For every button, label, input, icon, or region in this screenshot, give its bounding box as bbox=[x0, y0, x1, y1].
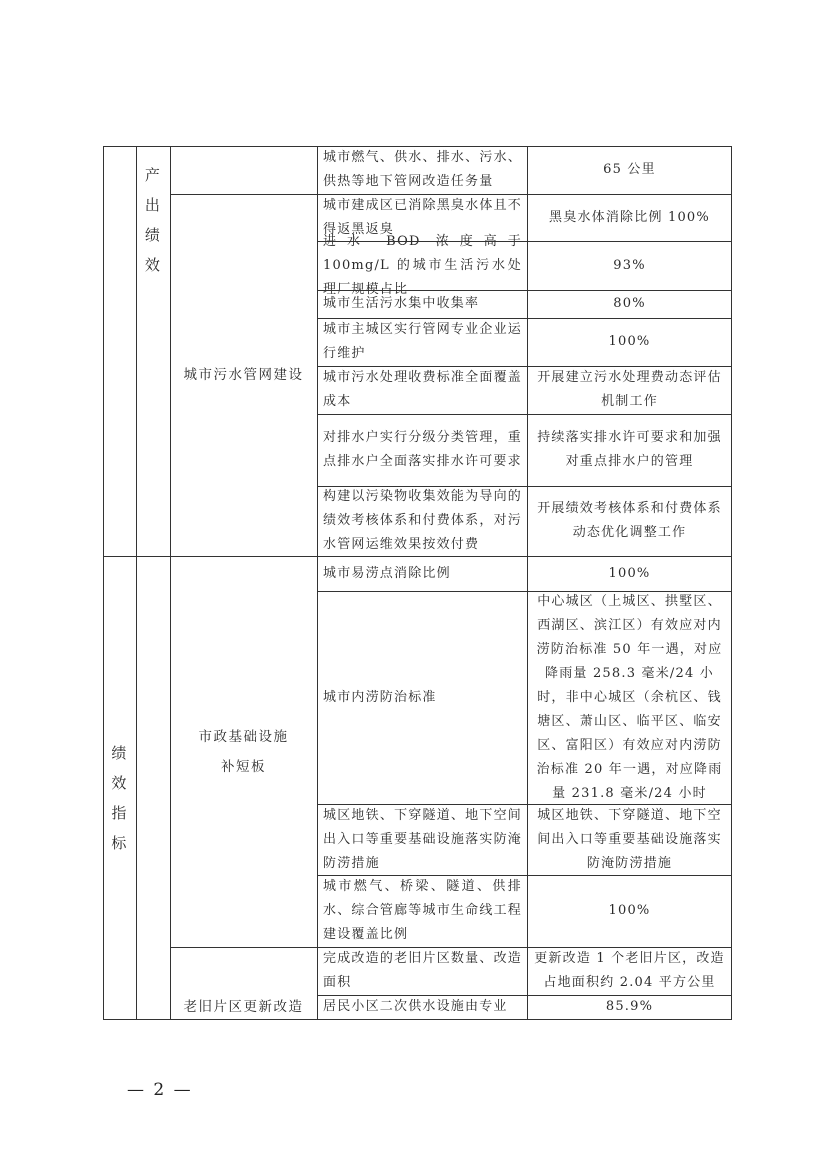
table-row-divider bbox=[170, 947, 732, 948]
value-cell: 更新改造 1 个老旧片区，改造占地面积约 2.04 平方公里 bbox=[527, 947, 732, 995]
table-row-divider bbox=[317, 804, 732, 805]
table-row-divider bbox=[317, 875, 732, 876]
table-section-divider bbox=[103, 556, 732, 557]
section-label-performance-indicator: 绩 效 指 标 bbox=[103, 733, 136, 863]
value-cell: 中心城区（上城区、拱墅区、西湖区、滨江区）有效应对内涝防治标准 50 年一遇，对… bbox=[527, 591, 732, 804]
indicator-cell: 城市易涝点消除比例 bbox=[317, 556, 527, 591]
value-cell: 持续落实排水许可要求和加强对重点排水户的管理 bbox=[527, 414, 732, 486]
value-cell: 85.9% bbox=[527, 995, 732, 1019]
indicator-cell: 对排水户实行分级分类管理，重点排水户全面落实排水许可要求 bbox=[317, 414, 527, 486]
vertical-char: 效 bbox=[145, 250, 161, 280]
value-cell: 100% bbox=[527, 318, 732, 366]
value-cell: 80% bbox=[527, 290, 732, 318]
value-cell: 开展建立污水处理费动态评估机制工作 bbox=[527, 366, 732, 414]
table-border-left bbox=[103, 146, 104, 1019]
value-cell: 93% bbox=[527, 241, 732, 290]
value-cell: 65 公里 bbox=[527, 146, 732, 194]
indicator-cell: 城市生活污水集中收集率 bbox=[317, 290, 527, 318]
indicator-cell: 进水 BOD 浓度高于 100mg/L 的城市生活污水处理厂规模占比 bbox=[317, 241, 527, 290]
indicator-cell: 城区地铁、下穿隧道、地下空间出入口等重要基础设施落实防淹防涝措施 bbox=[317, 804, 527, 875]
value-cell: 100% bbox=[527, 556, 732, 591]
value-cell: 黑臭水体消除比例 100% bbox=[527, 194, 732, 241]
group-label-municipal-infrastructure: 市政基础设施 补短板 bbox=[170, 556, 317, 947]
section-label-output-performance: 产 出 绩 效 bbox=[136, 146, 170, 294]
page-number: — 2 — bbox=[127, 1080, 193, 1100]
table-col-divider bbox=[317, 146, 318, 1019]
group-label-sewer-network: 城市污水管网建设 bbox=[170, 194, 317, 556]
table-col-divider bbox=[527, 146, 528, 1019]
table-border-right bbox=[731, 146, 732, 1020]
table-row-divider bbox=[317, 241, 732, 242]
vertical-char: 产 bbox=[145, 160, 161, 190]
vertical-char: 标 bbox=[111, 828, 127, 858]
table-row-divider bbox=[317, 995, 732, 996]
indicator-cell: 居民小区二次供水设施由专业 bbox=[317, 995, 527, 1019]
table-col-divider bbox=[170, 146, 171, 1019]
table-col-divider bbox=[136, 146, 137, 1019]
table-row-divider bbox=[317, 414, 732, 415]
document-page: 产 出 绩 效 绩 效 指 标 城市污水管网建设 市政基础设施 补短板 老旧片区… bbox=[0, 0, 826, 1169]
value-cell: 城区地铁、下穿隧道、地下空间出入口等重要基础设施落实防淹防涝措施 bbox=[527, 804, 732, 875]
group-label-old-area-renewal: 老旧片区更新改造 bbox=[170, 995, 317, 1019]
indicator-cell: 城市污水处理收费标准全面覆盖成本 bbox=[317, 366, 527, 414]
vertical-char: 绩 bbox=[111, 738, 127, 768]
indicator-cell: 城市内涝防治标准 bbox=[317, 591, 527, 804]
indicator-cell: 城市燃气、桥梁、隧道、供排水、综合管廊等城市生命线工程建设覆盖比例 bbox=[317, 875, 527, 947]
indicator-cell: 城市燃气、供水、排水、污水、供热等地下管网改造任务量 bbox=[317, 146, 527, 194]
indicator-cell: 构建以污染物收集效能为导向的 绩效考核体系和付费体系，对污水管网运维效果按效付费 bbox=[317, 486, 527, 556]
table-row-divider bbox=[317, 366, 732, 367]
table-row-divider bbox=[170, 194, 732, 195]
indicator-cell: 完成改造的老旧片区数量、改造面积 bbox=[317, 947, 527, 995]
table-row-divider bbox=[317, 486, 732, 487]
table-row-divider bbox=[317, 318, 732, 319]
vertical-char: 效 bbox=[111, 768, 127, 798]
value-cell: 100% bbox=[527, 875, 732, 947]
table-row-divider bbox=[317, 591, 732, 592]
table-border-top bbox=[103, 146, 732, 147]
table-row-divider bbox=[317, 290, 732, 291]
table-border-bottom bbox=[103, 1019, 732, 1020]
vertical-char: 出 bbox=[145, 190, 161, 220]
vertical-char: 绩 bbox=[145, 220, 161, 250]
value-cell: 开展绩效考核体系和付费体系动态优化调整工作 bbox=[527, 486, 732, 556]
vertical-char: 指 bbox=[111, 798, 127, 828]
indicator-cell: 城市主城区实行管网专业企业运行维护 bbox=[317, 318, 527, 366]
